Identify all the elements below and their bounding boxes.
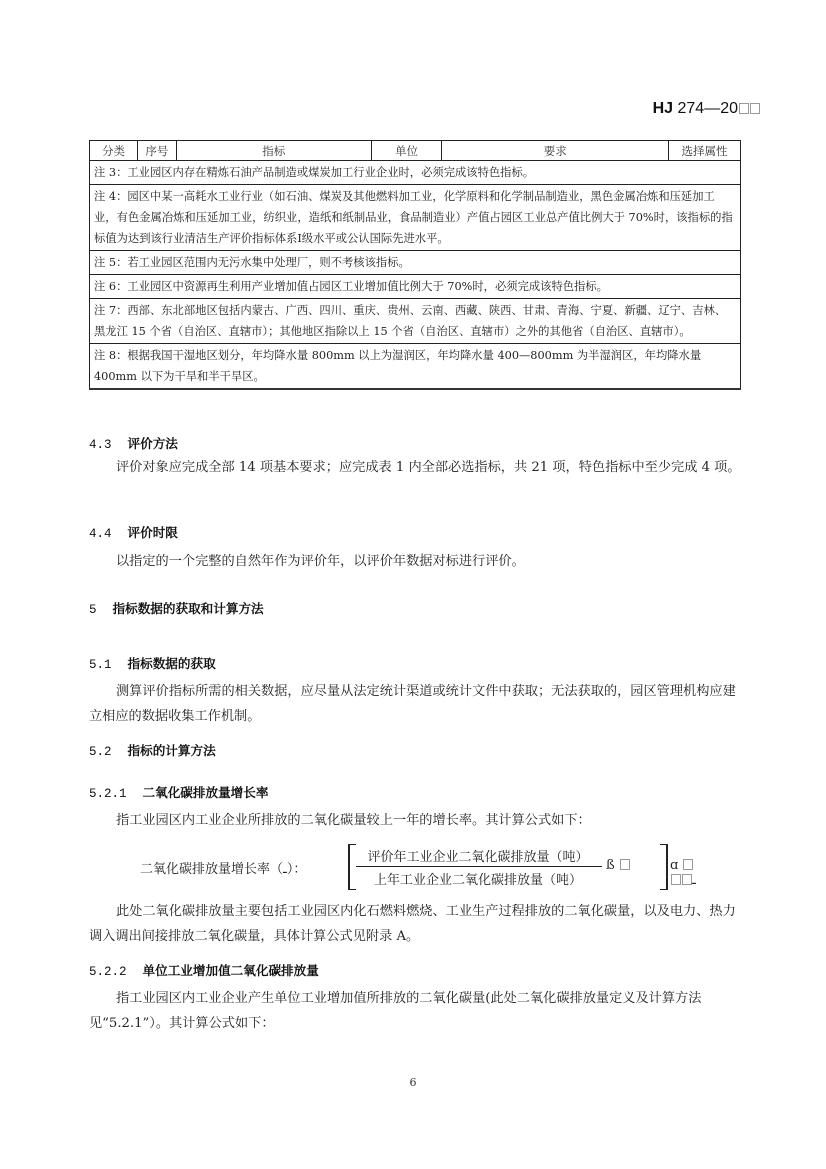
- section-heading-5-2-2: 5.2.2单位工业增加值二氧化碳排放量: [89, 960, 319, 979]
- column-header-unit: 单位: [371, 141, 442, 161]
- column-header-attribute: 选择属性: [669, 141, 741, 161]
- section-heading-5-1: 5.1指标数据的获取: [89, 653, 216, 672]
- section-heading-5-2: 5.2指标的计算方法: [89, 740, 216, 759]
- table-row: 注 6：工业园区中资源再生利用产业增加值占园区工业增加值比例大于 70%时，必须…: [90, 275, 741, 299]
- note-3: 注 3：工业园区内存在精炼石油产品制造或煤炭加工行业企业时，必须完成该特色指标。: [90, 161, 741, 185]
- placeholder-box-icon: [620, 859, 630, 870]
- column-header-seq: 序号: [137, 141, 176, 161]
- note-4: 注 4：园区中某一高耗水工业行业（如石油、煤炭及其他燃料加工业，化学原料和化学制…: [90, 185, 741, 251]
- placeholder-box-icon: [682, 874, 692, 885]
- right-bracket: [660, 844, 668, 890]
- note-6: 注 6：工业园区中资源再生利用产业增加值占园区工业增加值比例大于 70%时，必须…: [90, 275, 741, 299]
- formula-tail-outside: ɑ ـ: [670, 858, 700, 888]
- section-body-5-1: 测算评价指标所需的相关数据，应尽量从法定统计渠道或统计文件中获取；无法获取的，园…: [89, 679, 741, 729]
- section-heading-4-4: 4.4评价时限: [89, 522, 178, 541]
- document-code: HJ 274—20: [653, 100, 760, 118]
- table-row: 注 4：园区中某一高耗水工业行业（如石油、煤炭及其他燃料加工业，化学原料和化学制…: [90, 185, 741, 251]
- table-row: 注 8：根据我国干湿地区划分，年均降水量 800mm 以上为湿润区，年均降水量 …: [90, 344, 741, 390]
- placeholder-box-icon: [739, 103, 749, 114]
- formula-tail-inside: ß: [606, 858, 630, 873]
- section-body-4-4: 以指定的一个完整的自然年作为评价年，以评价年数据对标进行评价。: [89, 549, 741, 574]
- formula-numerator: 评价年工业企业二氧化碳排放量（吨）: [358, 846, 598, 865]
- placeholder-box-icon: [750, 103, 760, 114]
- column-header-indicator: 指标: [176, 141, 371, 161]
- column-header-category: 分类: [90, 141, 138, 161]
- placeholder-box-icon: [683, 859, 693, 870]
- table-row: 注 5：若工业园区范围内无污水集中处理厂，则不考核该指标。: [90, 251, 741, 275]
- column-header-requirement: 要求: [442, 141, 669, 161]
- fraction-bar: [356, 866, 602, 867]
- table-row: 注 3：工业园区内存在精炼石油产品制造或煤炭加工行业企业时，必须完成该特色指标。: [90, 161, 741, 185]
- note-8: 注 8：根据我国干湿地区划分，年均降水量 800mm 以上为湿润区，年均降水量 …: [90, 344, 741, 390]
- indicator-table-notes: 分类 序号 指标 单位 要求 选择属性 注 3：工业园区内存在精炼石油产品制造或…: [89, 140, 741, 390]
- left-bracket: [348, 844, 356, 890]
- section-body-5-2-1: 指工业园区内工业企业所排放的二氧化碳量较上一年的增长率。其计算公式如下：: [89, 808, 741, 833]
- formula-co2-growth-rate: 二氧化碳排放量增长率（﻿ـ﻿）： 评价年工业企业二氧化碳排放量（吨） 上年工业企…: [140, 842, 700, 894]
- section-body-5-2-1-note: 此处二氧化碳排放量主要包括工业园区内化石燃料燃烧、工业生产过程排放的二氧化碳量，…: [89, 899, 741, 949]
- note-5: 注 5：若工业园区范围内无污水集中处理厂，则不考核该指标。: [90, 251, 741, 275]
- section-body-4-3: 评价对象应完成全部 14 项基本要求；应完成表 1 内全部必选指标，共 21 项…: [89, 455, 741, 480]
- placeholder-box-icon: [671, 874, 681, 885]
- doc-code-prefix: HJ: [653, 100, 673, 117]
- section-heading-5-2-1: 5.2.1二氧化碳排放量增长率: [89, 782, 268, 801]
- formula-lhs: 二氧化碳排放量增长率（﻿ـ﻿）：: [140, 858, 306, 877]
- note-7: 注 7：西部、东北部地区包括内蒙古、广西、四川、重庆、贵州、云南、西藏、陕西、甘…: [90, 299, 741, 344]
- page-number: 6: [0, 1076, 826, 1089]
- table-row: 注 7：西部、东北部地区包括内蒙古、广西、四川、重庆、贵州、云南、西藏、陕西、甘…: [90, 299, 741, 344]
- doc-code-number: 274—20: [673, 100, 738, 117]
- section-heading-5: 5指标数据的获取和计算方法: [89, 598, 264, 617]
- section-heading-4-3: 4.3评价方法: [89, 433, 178, 452]
- section-body-5-2-2: 指工业园区内工业企业产生单位工业增加值所排放的二氧化碳量(此处二氧化碳排放量定义…: [89, 986, 741, 1036]
- table-header-row: 分类 序号 指标 单位 要求 选择属性: [90, 141, 741, 161]
- formula-denominator: 上年工业企业二氧化碳排放量（吨）: [358, 869, 598, 888]
